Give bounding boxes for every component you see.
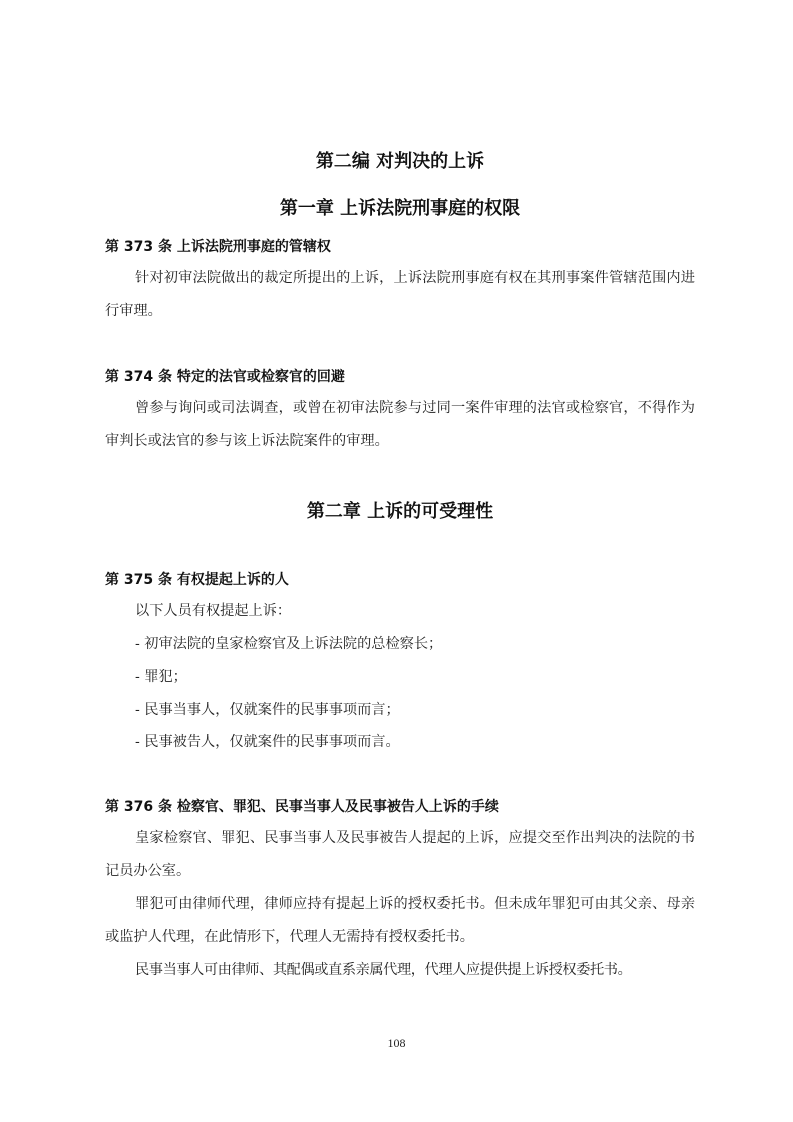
article-376-paragraph-1: 皇家检察官、罪犯、民事当事人及民事被告人提起的上诉，应提交至作出判决的法院的书记… bbox=[105, 822, 695, 888]
article-374-heading: 第 374 条 特定的法官或检察官的回避 bbox=[105, 366, 345, 386]
chapter-2-title: 第二章 上诉的可受理性 bbox=[105, 497, 695, 523]
article-375-intro: 以下人员有权提起上诉： bbox=[135, 600, 291, 622]
article-376-heading: 第 376 条 检察官、罪犯、民事当事人及民事被告人上诉的手续 bbox=[105, 796, 499, 816]
article-373-paragraph: 针对初审法院做出的裁定所提出的上诉，上诉法院刑事庭有权在其刑事案件管辖范围内进行… bbox=[105, 262, 695, 328]
part-title: 第二编 对判决的上诉 bbox=[105, 147, 695, 173]
chapter-1-title: 第一章 上诉法院刑事庭的权限 bbox=[105, 194, 695, 220]
article-375-list-item: - 初审法院的皇家检察官及上诉法院的总检察长； bbox=[135, 633, 442, 655]
article-376-paragraph-3: 民事当事人可由律师、其配偶或直系亲属代理，代理人应提供提上诉授权委托书。 bbox=[105, 954, 695, 987]
article-375-list-item: - 民事被告人，仅就案件的民事事项而言。 bbox=[135, 731, 400, 753]
article-374-paragraph: 曾参与询问或司法调查，或曾在初审法院参与过同一案件审理的法官或检察官，不得作为审… bbox=[105, 392, 695, 458]
page-number: 108 bbox=[0, 1036, 793, 1051]
article-375-list-item: - 民事当事人，仅就案件的民事事项而言； bbox=[135, 699, 400, 721]
article-375-list-item: - 罪犯； bbox=[135, 666, 187, 688]
article-375-heading: 第 375 条 有权提起上诉的人 bbox=[105, 569, 289, 589]
article-373-heading: 第 373 条 上诉法院刑事庭的管辖权 bbox=[105, 236, 331, 256]
article-376-paragraph-2: 罪犯可由律师代理，律师应持有提起上诉的授权委托书。但未成年罪犯可由其父亲、母亲或… bbox=[105, 888, 695, 954]
